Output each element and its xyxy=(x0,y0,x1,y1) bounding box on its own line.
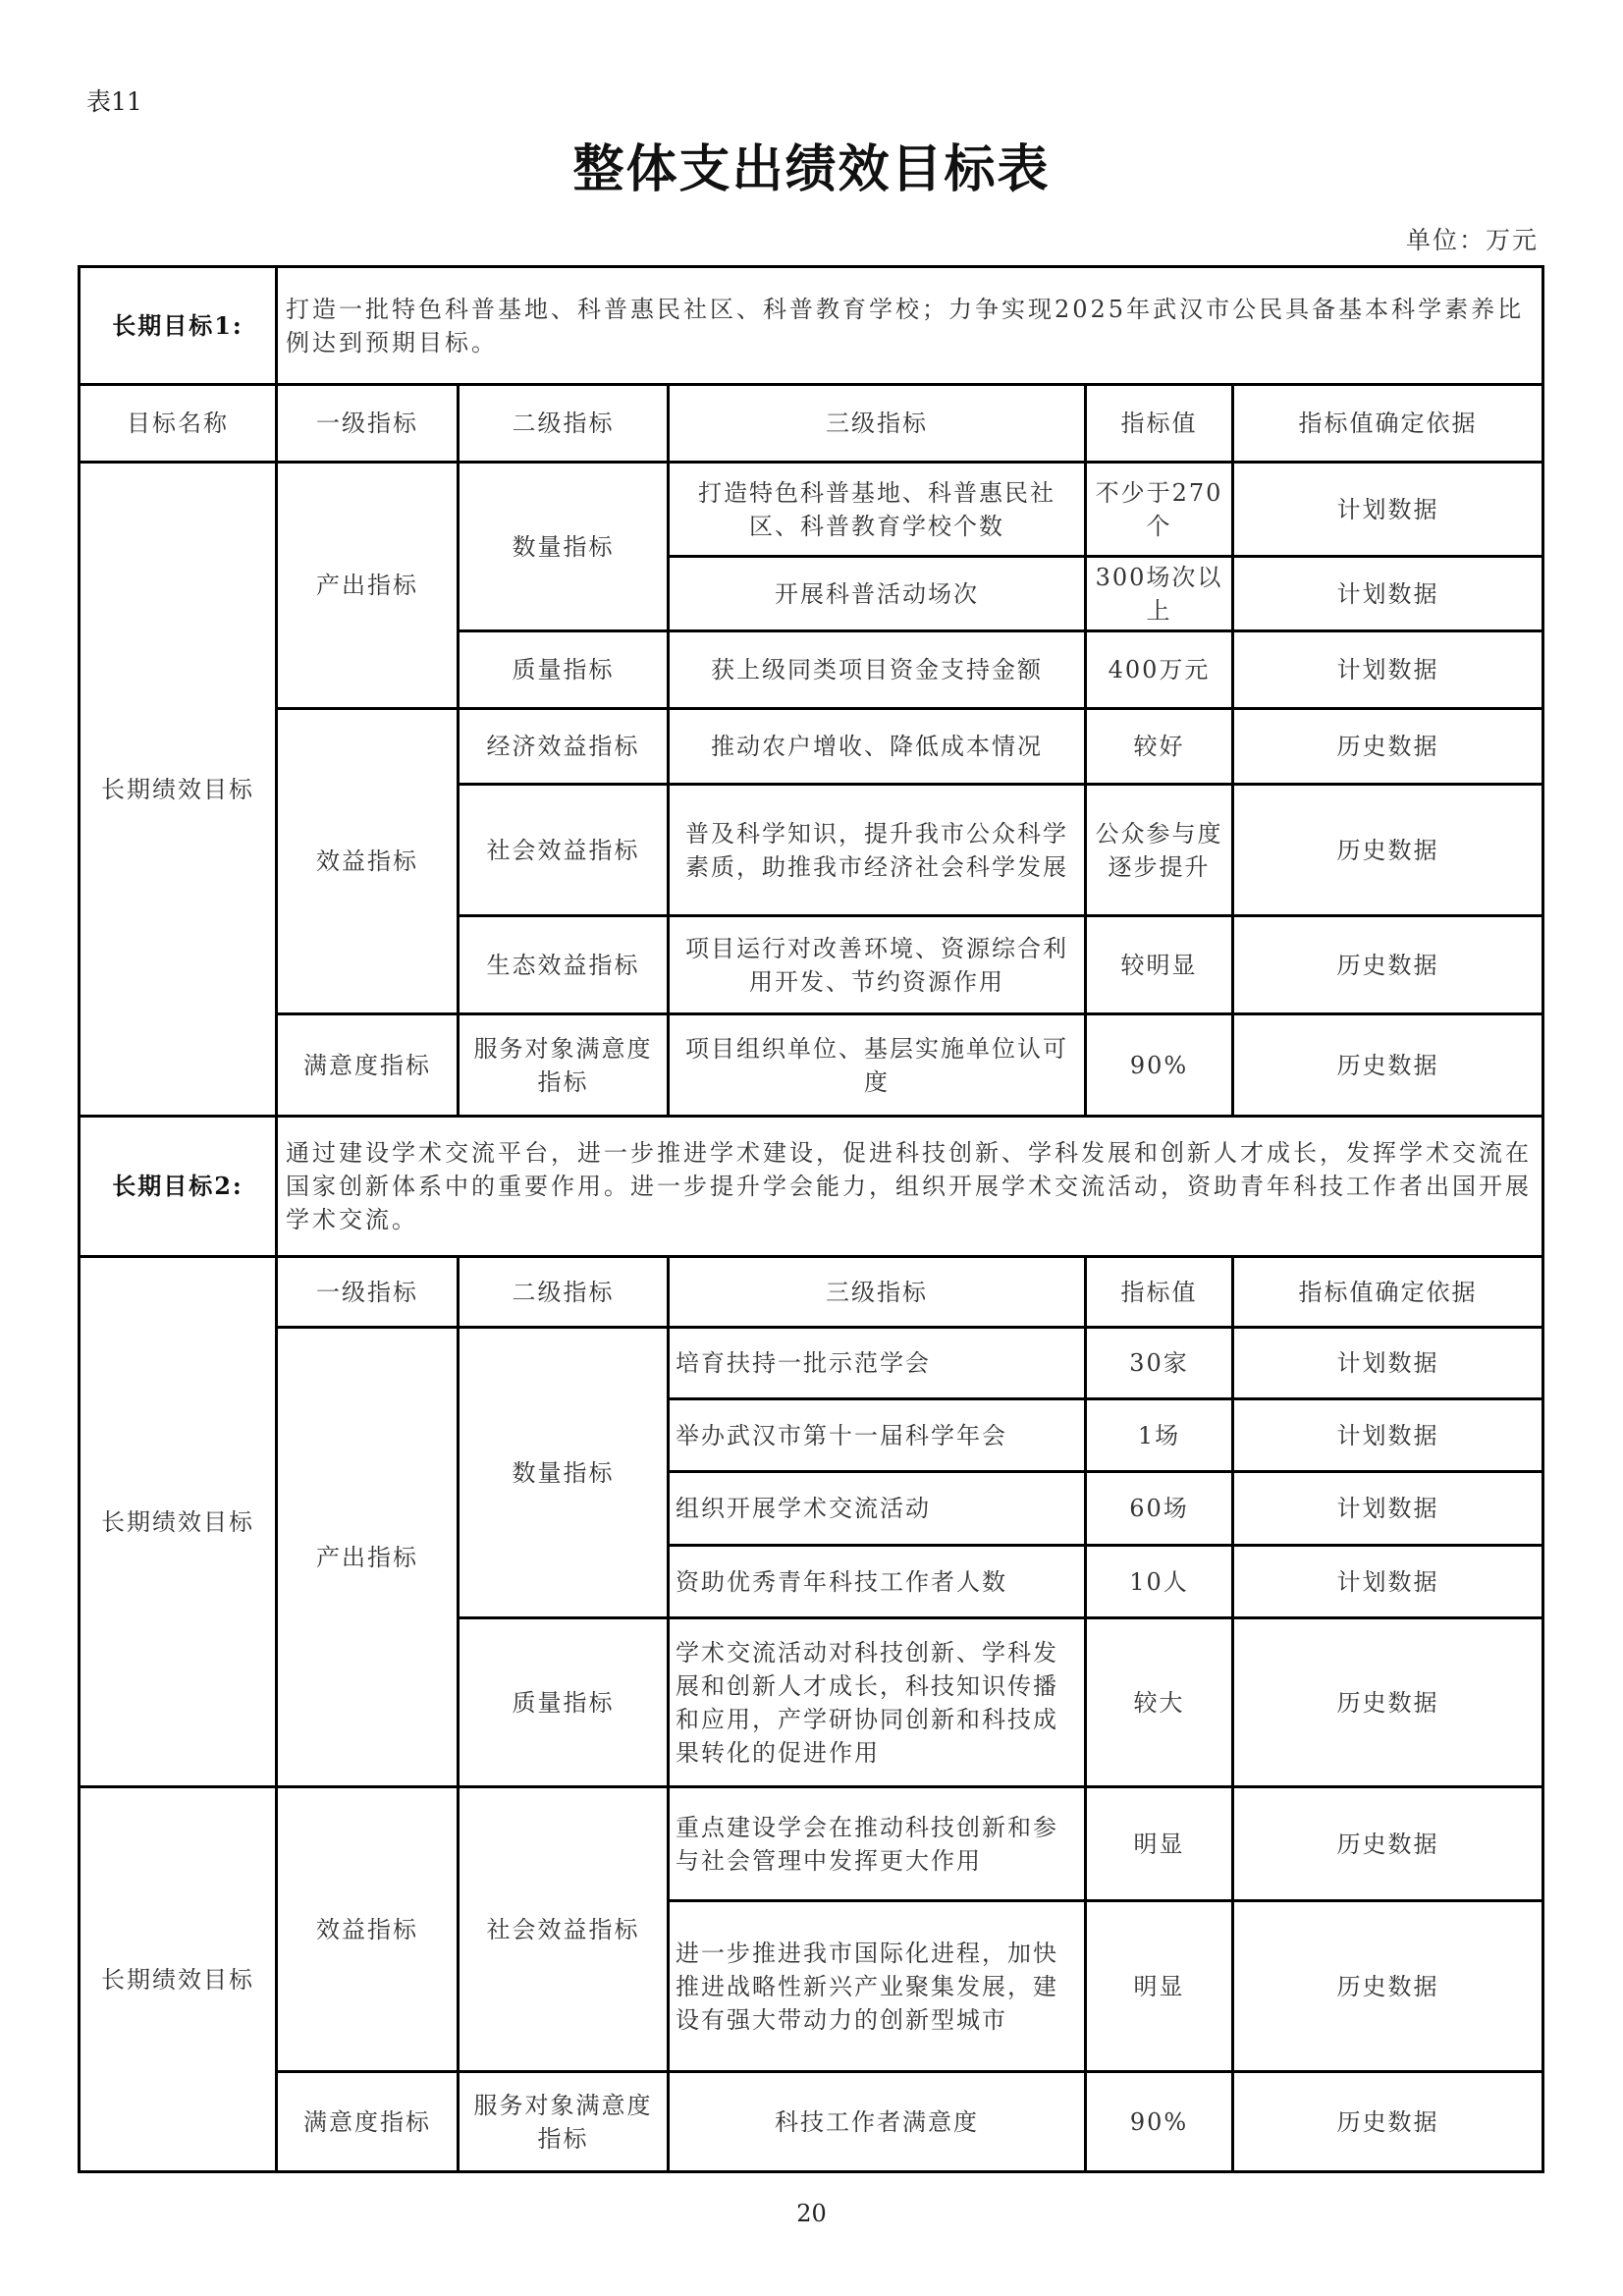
s1-row4-value: 公众参与度逐步提升 xyxy=(1084,783,1234,917)
section2-level2-quantity: 数量指标 xyxy=(457,1326,670,1619)
s1-row3-value: 较好 xyxy=(1084,707,1234,786)
col2-header-value: 指标值 xyxy=(1084,1255,1234,1329)
goal2-label: 长期目标2: xyxy=(78,1115,278,1258)
s2-row4-level3: 学术交流活动对科技创新、学科发展和创新人才成长，科技知识传播和应用，产学研协同创… xyxy=(667,1616,1087,1788)
value-text: 明显 xyxy=(1134,1828,1185,1861)
level3-text: 获上级同类项目资金支持金额 xyxy=(711,653,1043,686)
goal1-text: 打造一批特色科普基地、科普惠民社区、科普教育学校；力争实现2025年武汉市公民具… xyxy=(275,265,1544,386)
basis-text: 历史数据 xyxy=(1337,949,1439,982)
s2-row2-value: 60场 xyxy=(1084,1470,1234,1547)
section1-level2-quantity: 数量指标 xyxy=(457,461,670,632)
level3-text: 项目运行对改善环境、资源综合利用开发、节约资源作用 xyxy=(676,932,1078,999)
s1-row3-level3: 推动农户增收、降低成本情况 xyxy=(667,707,1087,786)
s1-row1-level3: 开展科普活动场次 xyxy=(667,555,1087,632)
level3-text: 组织开展学术交流活动 xyxy=(676,1492,931,1525)
value-text: 公众参与度逐步提升 xyxy=(1093,817,1225,884)
level3-text: 进一步推进我市国际化进程，加快推进战略性新兴产业聚集发展，建设有强大带动力的创新… xyxy=(676,1937,1078,2037)
level3-text: 重点建设学会在推动科技创新和参与社会管理中发挥更大作用 xyxy=(676,1811,1078,1878)
section2-level1-output: 产出指标 xyxy=(275,1326,460,1788)
s2-row3-value: 10人 xyxy=(1084,1544,1234,1619)
s1-row1-basis: 计划数据 xyxy=(1231,555,1544,632)
col2-header-basis: 指标值确定依据 xyxy=(1231,1255,1544,1329)
goal2-label-text: 长期目标2: xyxy=(112,1170,243,1203)
value-text: 不少于270个 xyxy=(1093,476,1225,543)
col-header-text: 一级指标 xyxy=(316,407,418,440)
value-text: 明显 xyxy=(1134,1970,1185,2003)
s2-row3-level3: 资助优秀青年科技工作者人数 xyxy=(667,1544,1087,1619)
col-header-text: 目标名称 xyxy=(127,407,229,440)
goal1-label-text: 长期目标1: xyxy=(112,309,243,343)
basis-text: 计划数据 xyxy=(1337,1419,1439,1452)
basis-text: 历史数据 xyxy=(1337,834,1439,867)
level2-text: 数量指标 xyxy=(513,530,615,564)
col-header-basis: 指标值确定依据 xyxy=(1231,383,1544,464)
s1-row5-level3: 项目运行对改善环境、资源综合利用开发、节约资源作用 xyxy=(667,914,1087,1015)
level2-text: 社会效益指标 xyxy=(487,1913,640,1946)
target-name-text: 长期绩效目标 xyxy=(101,1505,254,1539)
level2-text: 服务对象满意度指标 xyxy=(465,1032,661,1099)
level2-text: 质量指标 xyxy=(513,653,615,686)
level1-text: 效益指标 xyxy=(316,1913,418,1946)
s1-row2-basis: 计划数据 xyxy=(1231,629,1544,710)
s1-row4-level3: 普及科学知识，提升我市公众科学素质，助推我市经济社会科学发展 xyxy=(667,783,1087,917)
section2-level2-social: 社会效益指标 xyxy=(457,1785,670,2073)
s1-row0-value: 不少于270个 xyxy=(1084,461,1234,558)
level1-text: 产出指标 xyxy=(316,1541,418,1574)
s2-row3-basis: 计划数据 xyxy=(1231,1544,1544,1619)
s2-row6-basis: 历史数据 xyxy=(1231,1899,1544,2073)
level1-text: 效益指标 xyxy=(316,845,418,878)
unit-label: 单位：万元 xyxy=(1406,221,1539,256)
basis-text: 计划数据 xyxy=(1337,577,1439,611)
section1-level2-social: 社会效益指标 xyxy=(457,783,670,917)
goal1-text-content: 打造一批特色科普基地、科普惠民社区、科普教育学校；力争实现2025年武汉市公民具… xyxy=(286,293,1534,359)
level1-text: 产出指标 xyxy=(316,569,418,602)
level3-text: 资助优秀青年科技工作者人数 xyxy=(676,1565,1007,1599)
level3-text: 推动农户增收、降低成本情况 xyxy=(711,730,1043,763)
section2-target-name-a: 长期绩效目标 xyxy=(78,1255,278,1788)
level3-text: 普及科学知识，提升我市公众科学素质，助推我市经济社会科学发展 xyxy=(676,817,1078,884)
col-header-text: 一级指标 xyxy=(316,1276,418,1309)
target-name-text: 长期绩效目标 xyxy=(101,773,254,806)
value-text: 400万元 xyxy=(1109,653,1211,686)
s2-row2-level3: 组织开展学术交流活动 xyxy=(667,1470,1087,1547)
section2-level2-quality: 质量指标 xyxy=(457,1616,670,1788)
value-text: 1场 xyxy=(1138,1419,1180,1452)
s1-row0-level3: 打造特色科普基地、科普惠民社区、科普教育学校个数 xyxy=(667,461,1087,558)
col-header-text: 二级指标 xyxy=(513,407,615,440)
basis-text: 计划数据 xyxy=(1337,493,1439,526)
section2-target-name-b: 长期绩效目标 xyxy=(78,1785,278,2173)
col-header-level2: 二级指标 xyxy=(457,383,670,464)
section1-level1-output: 产出指标 xyxy=(275,461,460,710)
level3-text: 打造特色科普基地、科普惠民社区、科普教育学校个数 xyxy=(676,476,1078,543)
page-number: 20 xyxy=(0,2200,1623,2227)
section1-level2-quality: 质量指标 xyxy=(457,629,670,710)
page-title: 整体支出绩效目标表 xyxy=(0,128,1623,201)
s2-row0-level3: 培育扶持一批示范学会 xyxy=(667,1326,1087,1400)
col-header-value: 指标值 xyxy=(1084,383,1234,464)
basis-text: 计划数据 xyxy=(1337,1565,1439,1599)
goal2-text-content: 通过建设学术交流平台，进一步推进学术建设，促进科技创新、学科发展和创新人才成长，… xyxy=(286,1136,1534,1236)
s2-row4-value: 较大 xyxy=(1084,1616,1234,1788)
level3-text: 培育扶持一批示范学会 xyxy=(676,1346,931,1380)
table-number: 表11 xyxy=(86,82,142,118)
value-text: 较好 xyxy=(1134,730,1185,763)
basis-text: 历史数据 xyxy=(1337,2105,1439,2139)
section1-level1-satisfaction: 满意度指标 xyxy=(275,1012,460,1118)
s1-row5-basis: 历史数据 xyxy=(1231,914,1544,1015)
s1-row4-basis: 历史数据 xyxy=(1231,783,1544,917)
s1-row5-value: 较明显 xyxy=(1084,914,1234,1015)
s1-row6-basis: 历史数据 xyxy=(1231,1012,1544,1118)
col-header-text: 指标值 xyxy=(1121,1276,1198,1309)
s2-row0-value: 30家 xyxy=(1084,1326,1234,1400)
goal1-label: 长期目标1: xyxy=(78,265,278,386)
level3-text: 开展科普活动场次 xyxy=(775,577,979,611)
level3-text: 举办武汉市第十一届科学年会 xyxy=(676,1419,1007,1452)
section1-level1-benefit: 效益指标 xyxy=(275,707,460,1015)
s2-row7-basis: 历史数据 xyxy=(1231,2070,1544,2173)
value-text: 较明显 xyxy=(1121,949,1198,982)
s2-row5-value: 明显 xyxy=(1084,1785,1234,1902)
basis-text: 历史数据 xyxy=(1337,1049,1439,1082)
s1-row2-level3: 获上级同类项目资金支持金额 xyxy=(667,629,1087,710)
s2-row1-value: 1场 xyxy=(1084,1397,1234,1473)
goal2-text: 通过建设学术交流平台，进一步推进学术建设，促进科技创新、学科发展和创新人才成长，… xyxy=(275,1115,1544,1258)
s1-row6-value: 90% xyxy=(1084,1012,1234,1118)
s2-row5-level3: 重点建设学会在推动科技创新和参与社会管理中发挥更大作用 xyxy=(667,1785,1087,1902)
level2-text: 生态效益指标 xyxy=(487,949,640,982)
value-text: 90% xyxy=(1130,1049,1188,1082)
s2-row7-value: 90% xyxy=(1084,2070,1234,2173)
col-header-text: 指标值确定依据 xyxy=(1299,1276,1478,1309)
col2-header-level2: 二级指标 xyxy=(457,1255,670,1329)
value-text: 60场 xyxy=(1129,1492,1189,1525)
value-text: 30家 xyxy=(1129,1346,1189,1380)
s2-row4-basis: 历史数据 xyxy=(1231,1616,1544,1788)
level1-text: 满意度指标 xyxy=(303,1049,431,1082)
level1-text: 满意度指标 xyxy=(303,2105,431,2139)
level3-text: 科技工作者满意度 xyxy=(775,2105,979,2139)
s1-row6-level3: 项目组织单位、基层实施单位认可度 xyxy=(667,1012,1087,1118)
section2-level1-benefit: 效益指标 xyxy=(275,1785,460,2073)
section1-target-name: 长期绩效目标 xyxy=(78,461,278,1118)
col-header-text: 三级指标 xyxy=(826,1276,928,1309)
s2-row0-basis: 计划数据 xyxy=(1231,1326,1544,1400)
basis-text: 历史数据 xyxy=(1337,1686,1439,1720)
s2-row2-basis: 计划数据 xyxy=(1231,1470,1544,1547)
col-header-text: 三级指标 xyxy=(826,407,928,440)
col-header-level1: 一级指标 xyxy=(275,383,460,464)
s2-row6-level3: 进一步推进我市国际化进程，加快推进战略性新兴产业聚集发展，建设有强大带动力的创新… xyxy=(667,1899,1087,2073)
col-header-level3: 三级指标 xyxy=(667,383,1087,464)
section1-level2-ecological: 生态效益指标 xyxy=(457,914,670,1015)
basis-text: 计划数据 xyxy=(1337,1346,1439,1380)
section2-level1-satisfaction: 满意度指标 xyxy=(275,2070,460,2173)
basis-text: 历史数据 xyxy=(1337,730,1439,763)
s2-row1-basis: 计划数据 xyxy=(1231,1397,1544,1473)
col2-header-level1: 一级指标 xyxy=(275,1255,460,1329)
s2-row5-basis: 历史数据 xyxy=(1231,1785,1544,1902)
col2-header-level3: 三级指标 xyxy=(667,1255,1087,1329)
level2-text: 服务对象满意度指标 xyxy=(465,2089,661,2156)
col-header-text: 指标值 xyxy=(1121,407,1198,440)
s1-row0-basis: 计划数据 xyxy=(1231,461,1544,558)
s2-row7-level3: 科技工作者满意度 xyxy=(667,2070,1087,2173)
basis-text: 计划数据 xyxy=(1337,1492,1439,1525)
col-header-target-name: 目标名称 xyxy=(78,383,278,464)
value-text: 较大 xyxy=(1134,1686,1185,1720)
value-text: 90% xyxy=(1130,2105,1188,2139)
col-header-text: 二级指标 xyxy=(513,1276,615,1309)
level2-text: 社会效益指标 xyxy=(487,834,640,867)
section2-level2-service: 服务对象满意度指标 xyxy=(457,2070,670,2173)
section1-level2-service: 服务对象满意度指标 xyxy=(457,1012,670,1118)
col-header-text: 指标值确定依据 xyxy=(1299,407,1478,440)
section1-level2-economic: 经济效益指标 xyxy=(457,707,670,786)
s1-row3-basis: 历史数据 xyxy=(1231,707,1544,786)
value-text: 10人 xyxy=(1129,1565,1189,1599)
basis-text: 计划数据 xyxy=(1337,653,1439,686)
s2-row1-level3: 举办武汉市第十一届科学年会 xyxy=(667,1397,1087,1473)
level2-text: 数量指标 xyxy=(513,1456,615,1490)
value-text: 300场次以上 xyxy=(1093,561,1225,628)
s1-row1-value: 300场次以上 xyxy=(1084,555,1234,632)
s2-row6-value: 明显 xyxy=(1084,1899,1234,2073)
level3-text: 项目组织单位、基层实施单位认可度 xyxy=(676,1032,1078,1099)
target-name-text: 长期绩效目标 xyxy=(101,1963,254,1996)
level2-text: 经济效益指标 xyxy=(487,730,640,763)
level2-text: 质量指标 xyxy=(513,1686,615,1720)
s1-row2-value: 400万元 xyxy=(1084,629,1234,710)
basis-text: 历史数据 xyxy=(1337,1970,1439,2003)
level3-text: 学术交流活动对科技创新、学科发展和创新人才成长，科技知识传播和应用，产学研协同创… xyxy=(676,1636,1078,1770)
basis-text: 历史数据 xyxy=(1337,1828,1439,1861)
